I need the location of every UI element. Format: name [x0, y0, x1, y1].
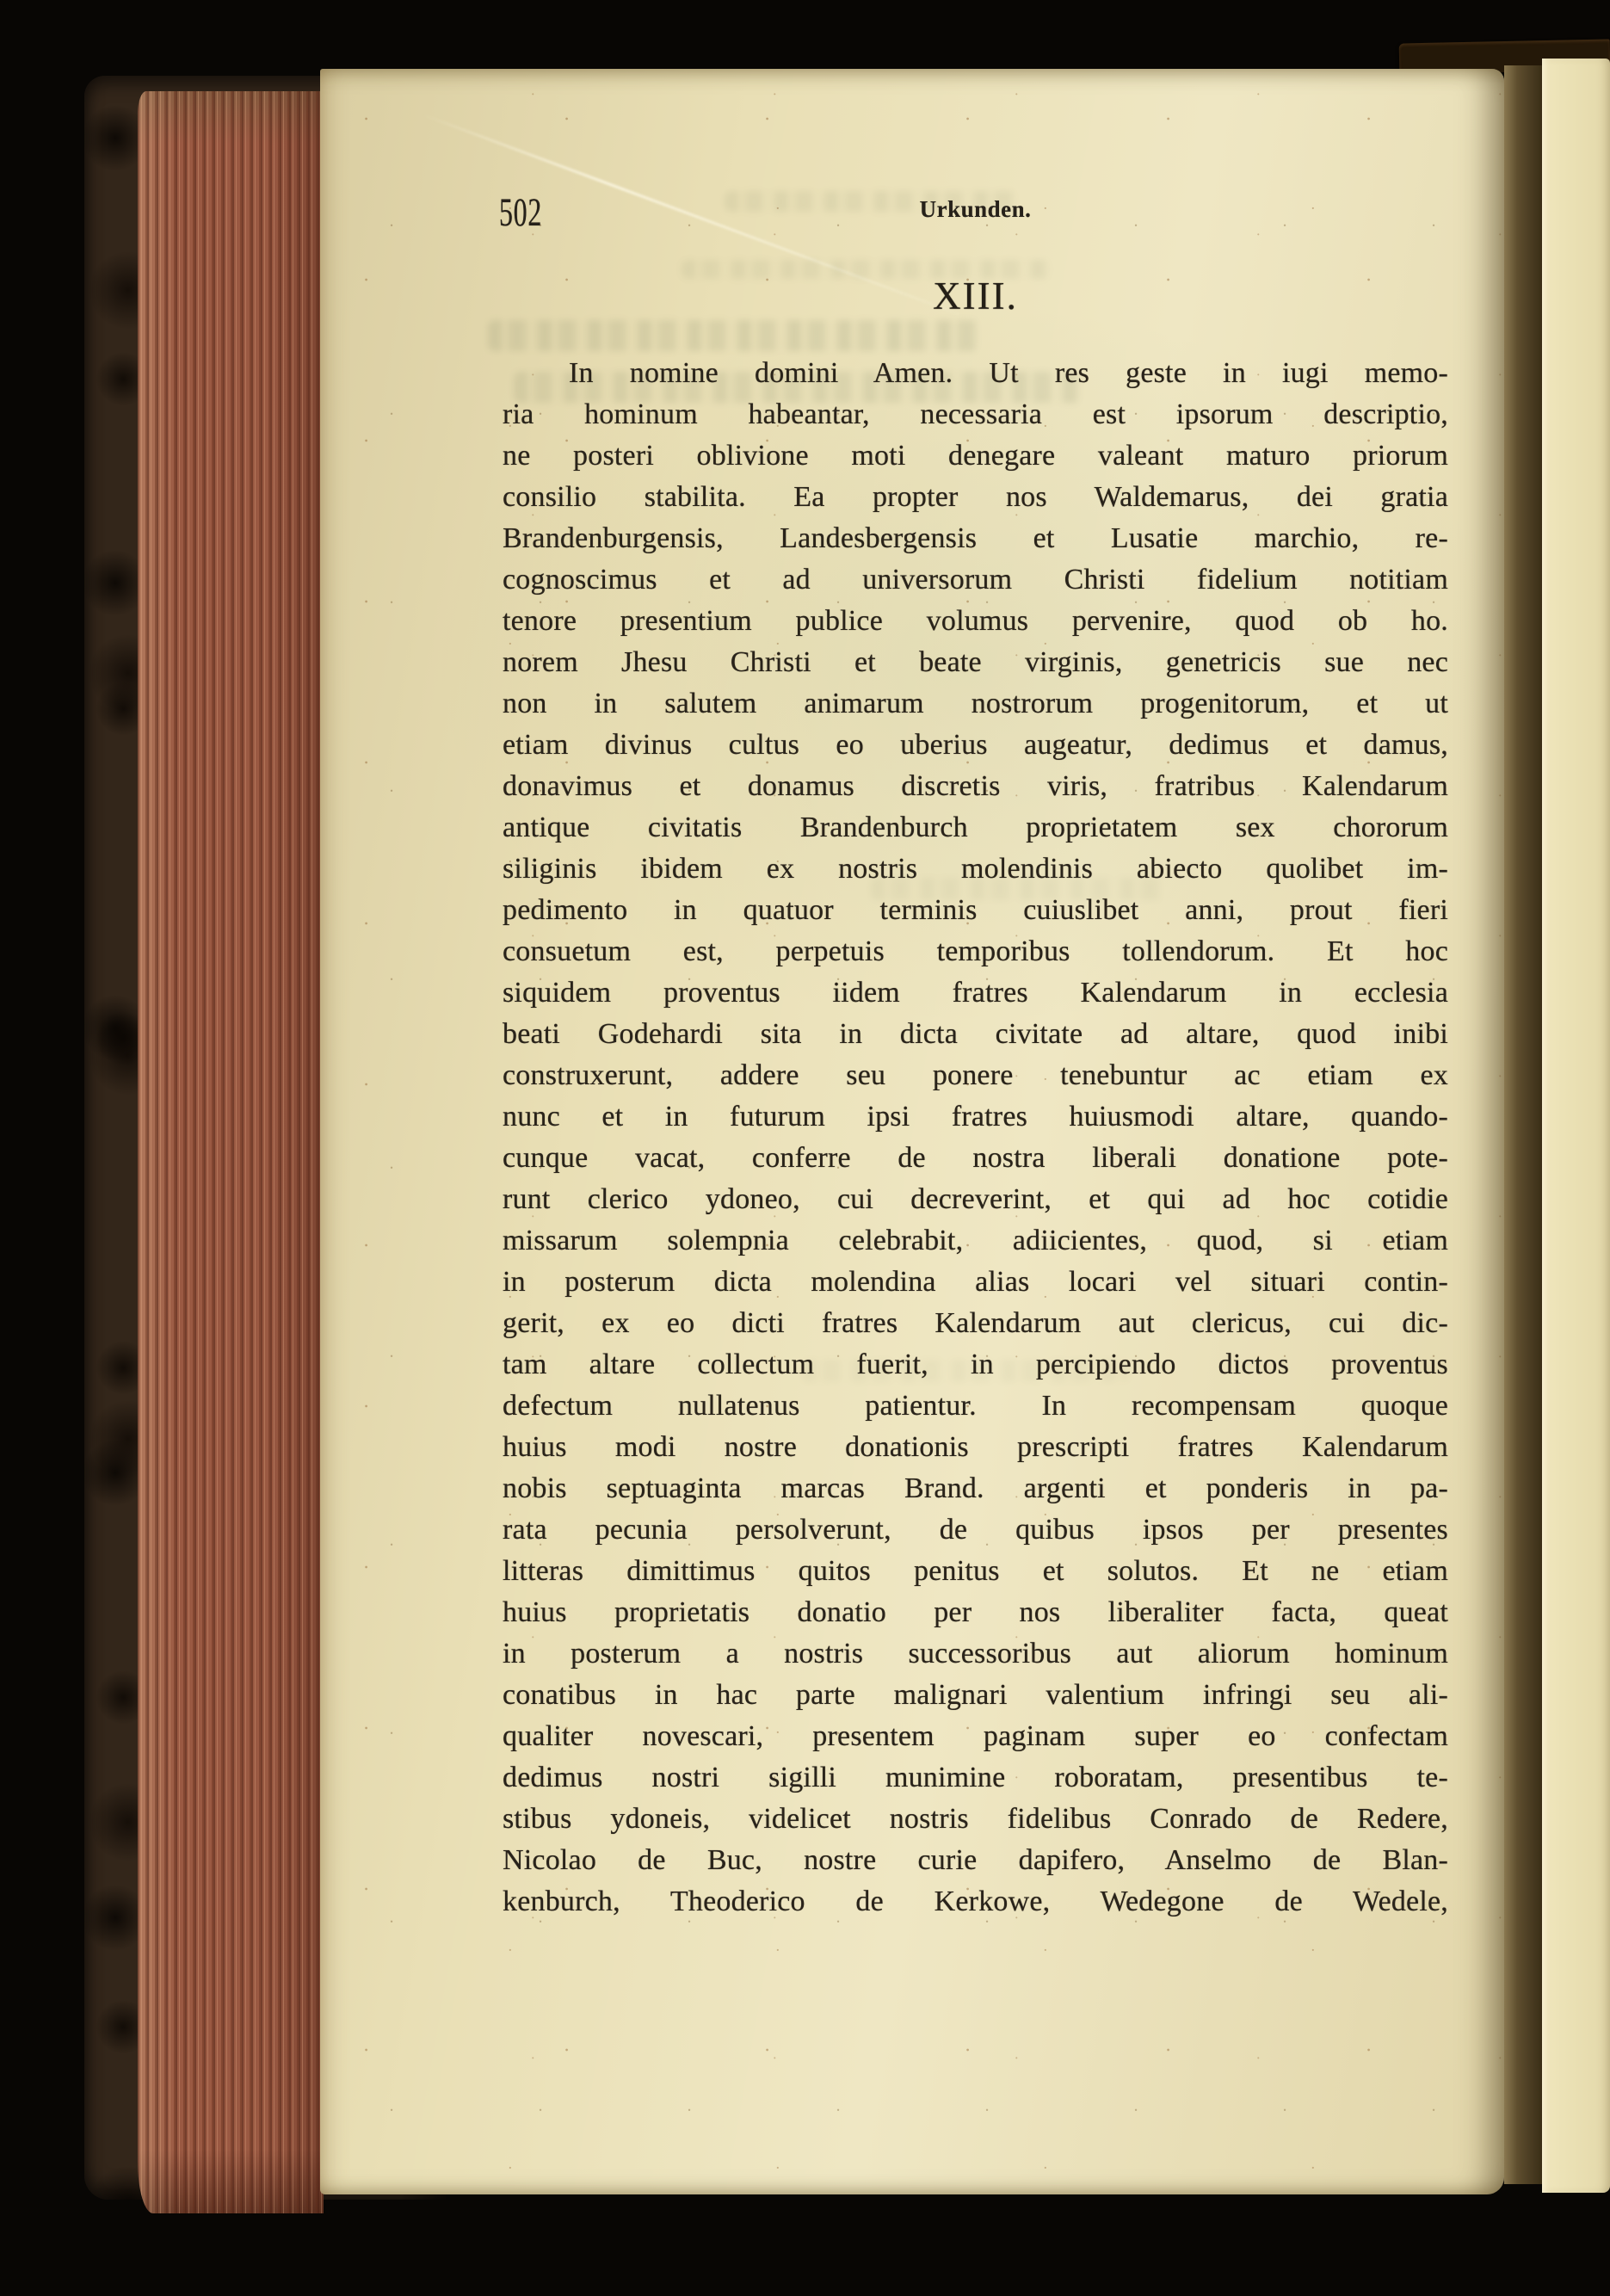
- facing-page-edge: [1542, 59, 1610, 2193]
- gutter-shadow: [1504, 65, 1542, 2184]
- show-through-ghost: [488, 320, 978, 351]
- running-header: Urkunden.: [503, 196, 1448, 223]
- body-text: In nomine domini Amen. Ut res geste in i…: [503, 353, 1448, 1923]
- text-line: cognoscimus et ad universorum Christi fi…: [503, 559, 1448, 601]
- text-line: conatibus in hac parte malignari valenti…: [503, 1675, 1448, 1716]
- text-line: non in salutem animarum nostrorum progen…: [503, 683, 1448, 725]
- text-line: beati Godehardi sita in dicta civitate a…: [503, 1014, 1448, 1055]
- page-header: 502 Urkunden.: [503, 189, 1448, 229]
- text-line: rata pecunia persolverunt, de quibus ips…: [503, 1509, 1448, 1551]
- text-line: kenburch, Theoderico de Kerkowe, Wedegon…: [503, 1881, 1448, 1923]
- text-line: construxerunt, addere seu ponere tenebun…: [503, 1055, 1448, 1096]
- text-line: pedimento in quatuor terminis cuiuslibet…: [503, 890, 1448, 931]
- text-line: norem Jhesu Christi et beate virginis, g…: [503, 642, 1448, 683]
- text-line: consuetum est, perpetuis temporibus toll…: [503, 931, 1448, 972]
- text-line: siquidem proventus iidem fratres Kalenda…: [503, 972, 1448, 1014]
- text-line: consilio stabilita. Ea propter nos Walde…: [503, 477, 1448, 518]
- text-line: Brandenburgensis, Landesbergensis et Lus…: [503, 518, 1448, 559]
- text-line: huius proprietatis donatio per nos liber…: [503, 1592, 1448, 1633]
- text-line: nobis septuaginta marcas Brand. argenti …: [503, 1468, 1448, 1509]
- text-line: dedimus nostri sigilli munimine roborata…: [503, 1757, 1448, 1799]
- text-line: siliginis ibidem ex nostris molendinis a…: [503, 849, 1448, 890]
- text-line: cunque vacat, conferre de nostra liberal…: [503, 1138, 1448, 1179]
- text-line: donavimus et donamus discretis viris, fr…: [503, 766, 1448, 807]
- text-line: huius modi nostre donationis prescripti …: [503, 1427, 1448, 1468]
- text-line: tenore presentium publice volumus perven…: [503, 601, 1448, 642]
- text-line: ria hominum habeantar, necessaria est ip…: [503, 394, 1448, 435]
- text-line: ne posteri oblivione moti denegare valea…: [503, 435, 1448, 477]
- text-line: Nicolao de Buc, nostre curie dapifero, A…: [503, 1840, 1448, 1881]
- text-line: gerit, ex eo dicti fratres Kalendarum au…: [503, 1303, 1448, 1344]
- section-heading: XIII.: [503, 274, 1448, 318]
- book-page: 502 Urkunden. XIII. In nomine domini Ame…: [320, 69, 1504, 2194]
- text-line: antique civitatis Brandenburch proprieta…: [503, 807, 1448, 849]
- text-line: defectum nullatenus patientur. In recomp…: [503, 1386, 1448, 1427]
- text-line: In nomine domini Amen. Ut res geste in i…: [503, 353, 1448, 394]
- text-line: in posterum dicta molendina alias locari…: [503, 1262, 1448, 1303]
- text-line: qualiter novescari, presentem paginam su…: [503, 1716, 1448, 1757]
- text-line: litteras dimittimus quitos penitus et so…: [503, 1551, 1448, 1592]
- text-line: stibus ydoneis, videlicet nostris fideli…: [503, 1799, 1448, 1840]
- text-line: etiam divinus cultus eo uberius augeatur…: [503, 725, 1448, 766]
- text-line: runt clerico ydoneo, cui decreverint, et…: [503, 1179, 1448, 1220]
- photo-background: 502 Urkunden. XIII. In nomine domini Ame…: [0, 0, 1610, 2296]
- page-fore-edges: [138, 91, 324, 2213]
- text-line: missarum solempnia celebrabit, adiicient…: [503, 1220, 1448, 1262]
- text-line: in posterum a nostris successoribus aut …: [503, 1633, 1448, 1675]
- text-line: tam altare collectum fuerit, in percipie…: [503, 1344, 1448, 1386]
- text-line: nunc et in futurum ipsi fratres huiusmod…: [503, 1096, 1448, 1138]
